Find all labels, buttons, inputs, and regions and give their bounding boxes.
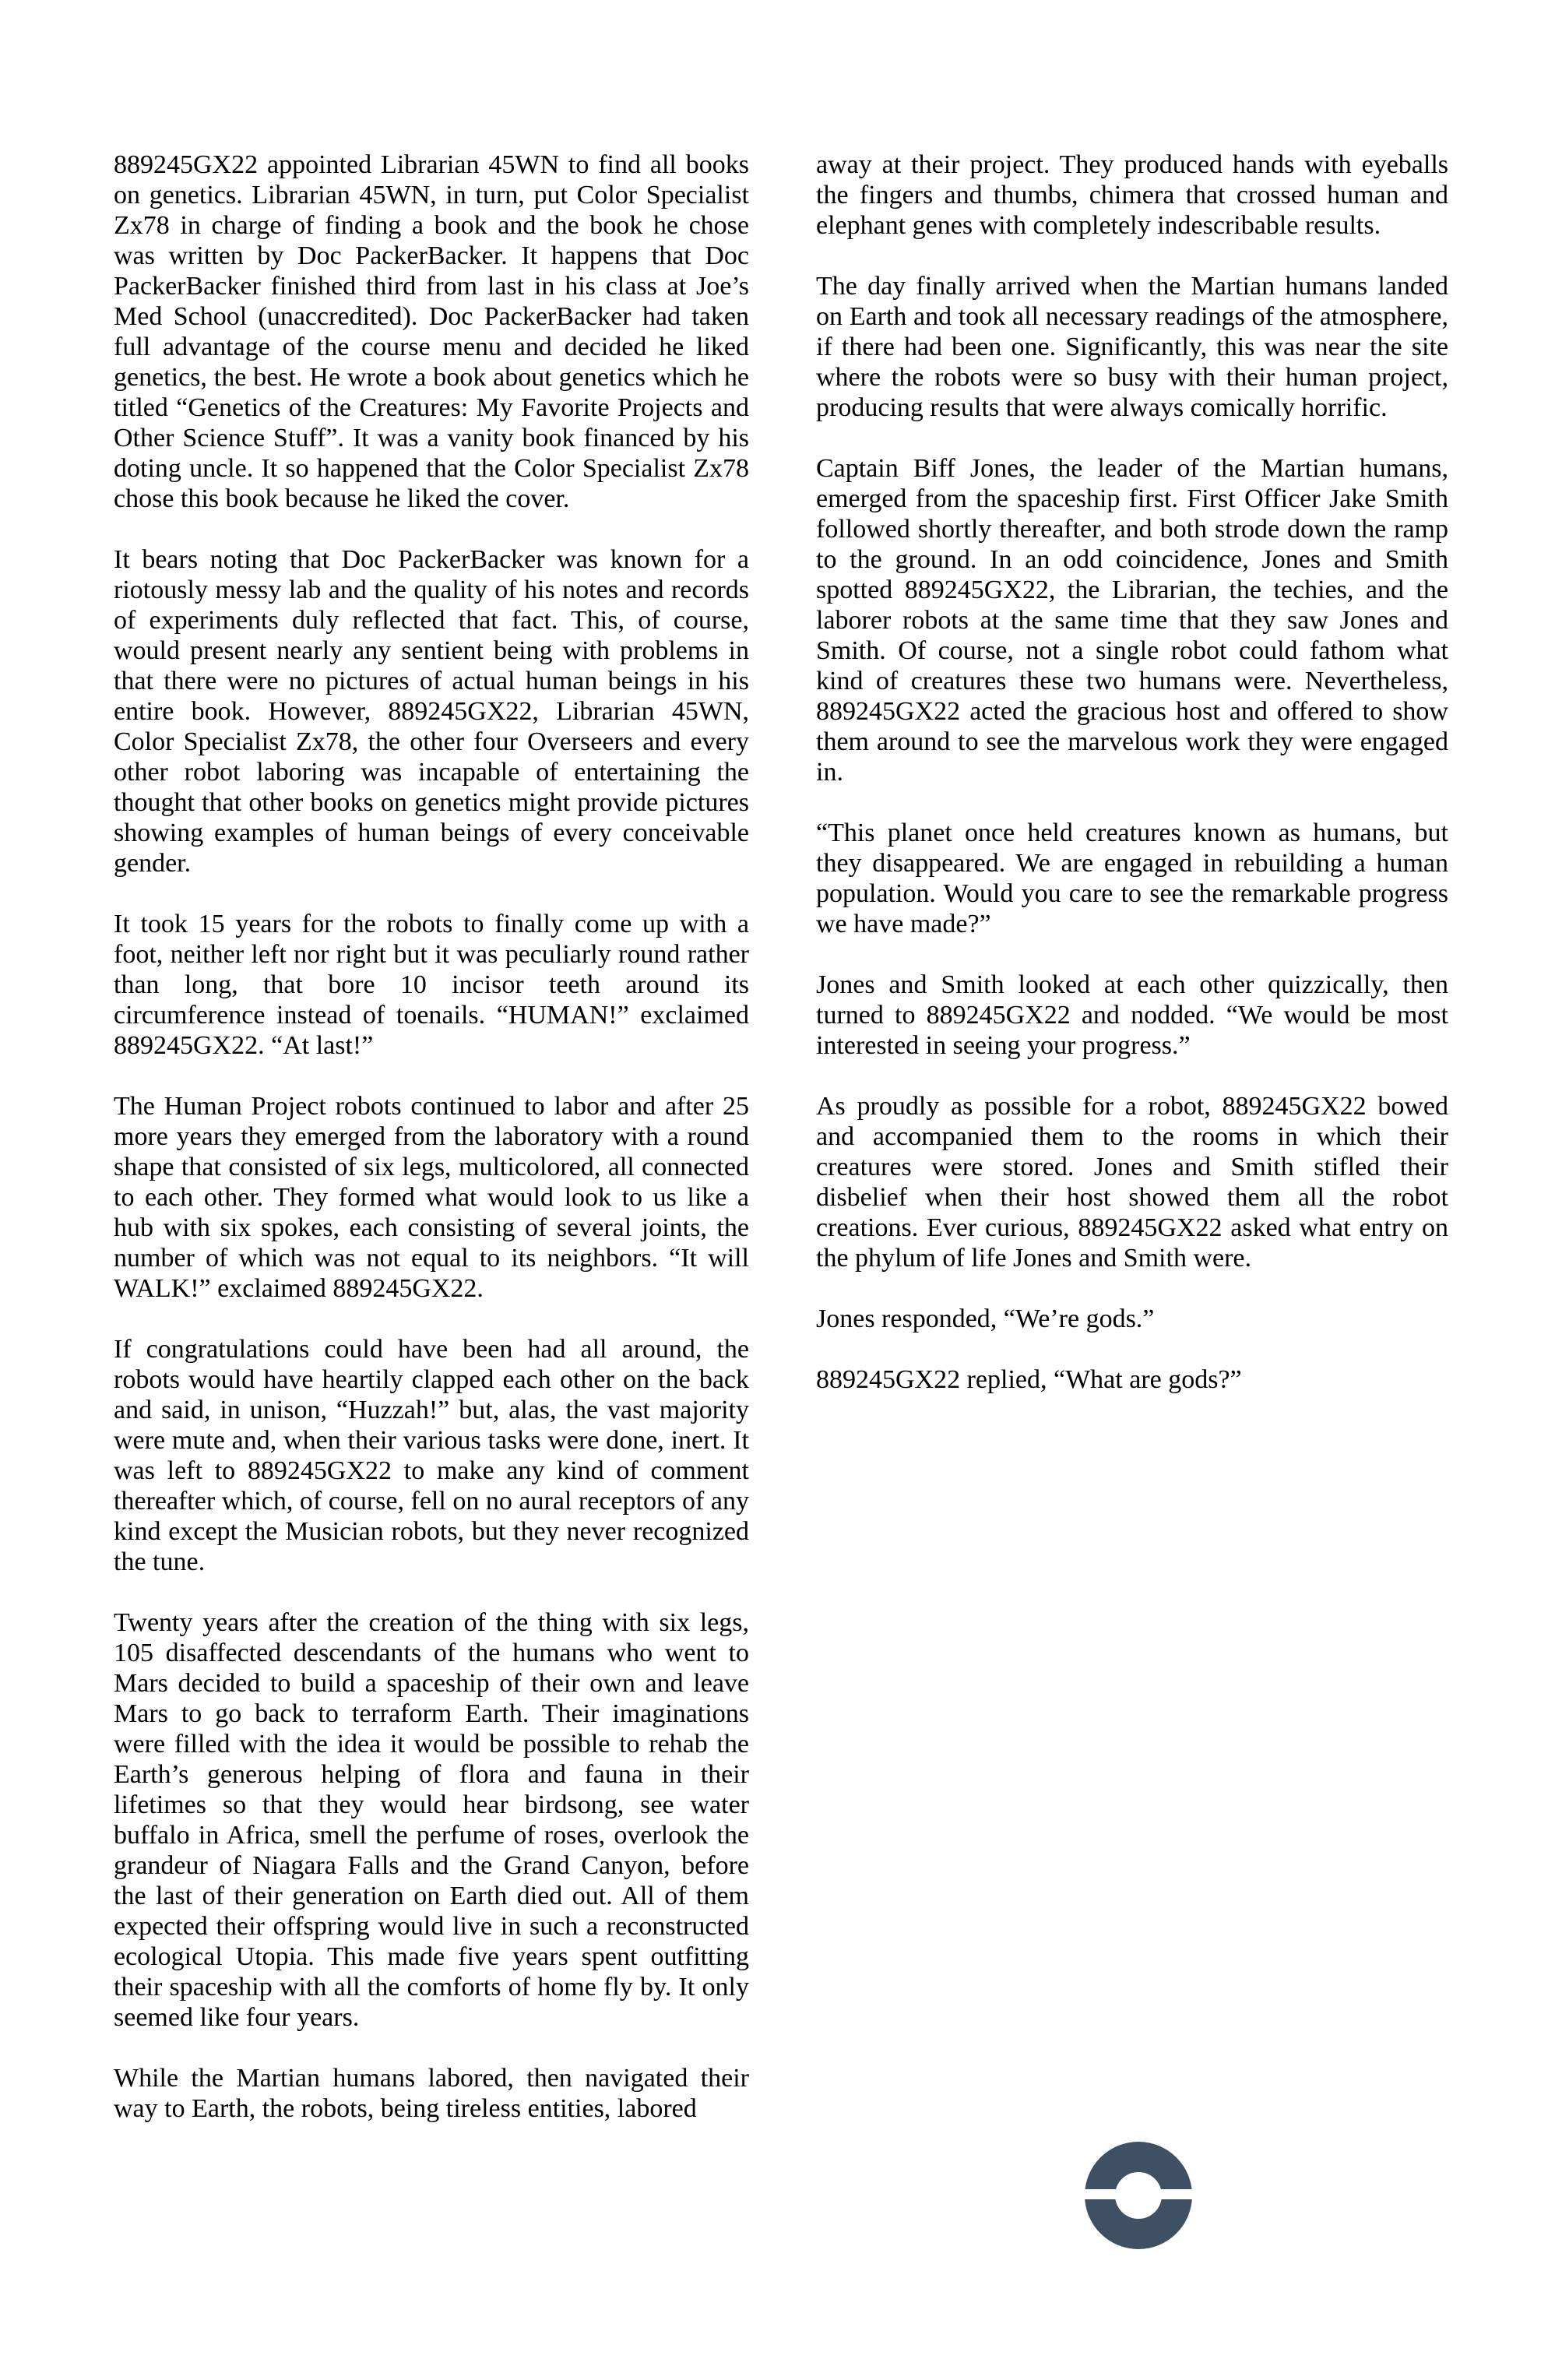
story-paragraph: While the Martian humans labored, then n… <box>114 2063 749 2124</box>
story-paragraph: If congratulations could have been had a… <box>114 1334 749 1577</box>
ring-stripe <box>1082 2189 1195 2199</box>
left-column: 889245GX22 appointed Librarian 45WN to f… <box>114 150 749 2154</box>
story-paragraph: away at their project. They produced han… <box>816 150 1448 241</box>
story-paragraph: As proudly as possible for a robot, 8892… <box>816 1091 1448 1273</box>
story-paragraph: 889245GX22 appointed Librarian 45WN to f… <box>114 150 749 514</box>
story-paragraph: Twenty years after the creation of the t… <box>114 1607 749 2033</box>
right-column: away at their project. They produced han… <box>816 150 1448 1425</box>
story-paragraph: Jones and Smith looked at each other qui… <box>816 970 1448 1061</box>
story-paragraph: It took 15 years for the robots to final… <box>114 909 749 1061</box>
story-paragraph: Jones responded, “We’re gods.” <box>816 1304 1448 1334</box>
split-ring-logo-icon <box>1085 2142 1192 2249</box>
story-paragraph: Captain Biff Jones, the leader of the Ma… <box>816 453 1448 787</box>
ring-shape <box>1085 2142 1192 2249</box>
story-paragraph: “This planet once held creatures known a… <box>816 818 1448 939</box>
story-paragraph: 889245GX22 replied, “What are gods?” <box>816 1364 1448 1395</box>
story-paragraph: The Human Project robots continued to la… <box>114 1091 749 1304</box>
story-paragraph: The day finally arrived when the Martian… <box>816 271 1448 423</box>
story-page: 889245GX22 appointed Librarian 45WN to f… <box>0 0 1548 2380</box>
story-paragraph: It bears noting that Doc PackerBacker wa… <box>114 544 749 878</box>
